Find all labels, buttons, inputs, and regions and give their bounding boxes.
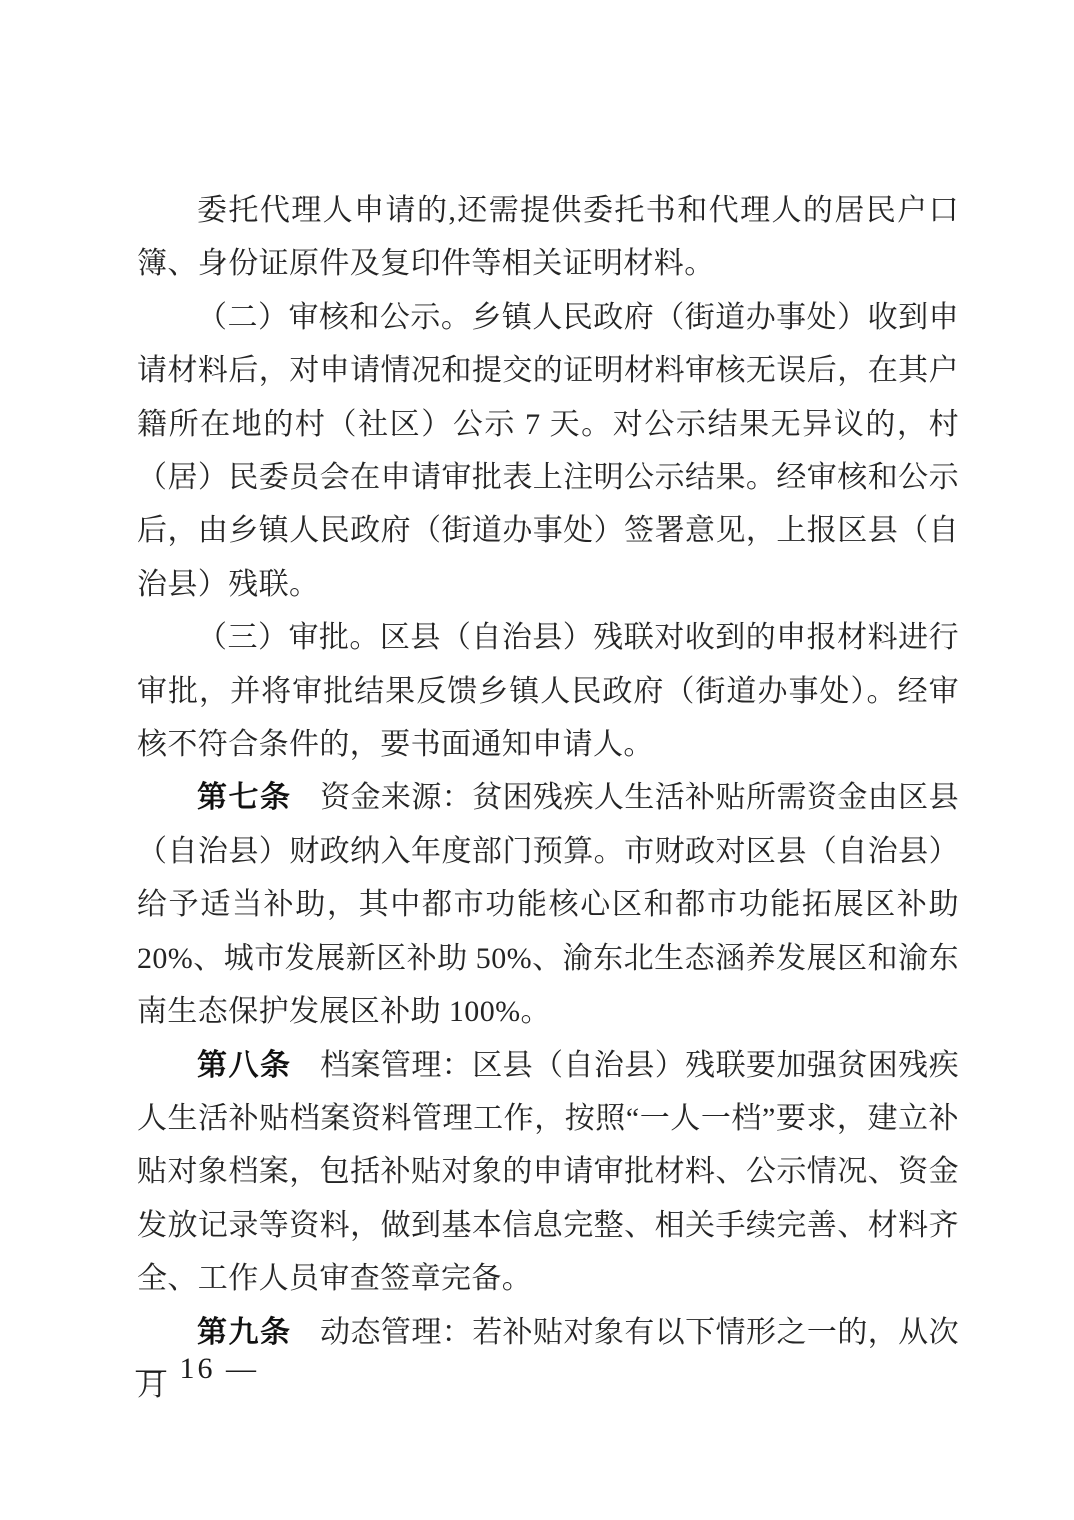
paragraph-text: 委托代理人申请的,还需提供委托书和代理人的居民户口簿、身份证原件及复印件等相关证…	[137, 194, 959, 280]
paragraph-delegate-application: 委托代理人申请的,还需提供委托书和代理人的居民户口簿、身份证原件及复印件等相关证…	[137, 184, 959, 291]
page-number: — 16 —	[136, 1352, 259, 1386]
paragraph-text: 档案管理：区县（自治县）残联要加强贫困残疾人生活补贴档案资料管理工作，按照“一人…	[137, 1049, 959, 1296]
paragraph-review-publicity: （二）审核和公示。乡镇人民政府（街道办事处）收到申请材料后，对申请情况和提交的证…	[137, 291, 959, 611]
paragraph-text: （二）审核和公示。乡镇人民政府（街道办事处）收到申请材料后，对申请情况和提交的证…	[137, 301, 959, 601]
article-8-heading: 第八条	[197, 1049, 292, 1082]
article-9-heading: 第九条	[197, 1316, 292, 1349]
paragraph-article-9-dynamic-management: 第九条动态管理：若补贴对象有以下情形之一的，从次月	[137, 1306, 959, 1413]
document-body: 委托代理人申请的,还需提供委托书和代理人的居民户口簿、身份证原件及复印件等相关证…	[137, 184, 959, 1412]
paragraph-article-7-funding: 第七条资金来源：贫困残疾人生活补贴所需资金由区县（自治县）财政纳入年度部门预算。…	[137, 771, 959, 1038]
article-7-heading: 第七条	[197, 781, 292, 814]
paragraph-article-8-archives: 第八条档案管理：区县（自治县）残联要加强贫困残疾人生活补贴档案资料管理工作，按照…	[137, 1039, 959, 1306]
paragraph-approval: （三）审批。区县（自治县）残联对收到的申报材料进行审批，并将审批结果反馈乡镇人民…	[137, 611, 959, 771]
paragraph-text: （三）审批。区县（自治县）残联对收到的申报材料进行审批，并将审批结果反馈乡镇人民…	[137, 621, 959, 761]
paragraph-text: 资金来源：贫困残疾人生活补贴所需资金由区县（自治县）财政纳入年度部门预算。市财政…	[137, 781, 959, 1028]
document-page: 委托代理人申请的,还需提供委托书和代理人的居民户口簿、身份证原件及复印件等相关证…	[0, 0, 1074, 1520]
